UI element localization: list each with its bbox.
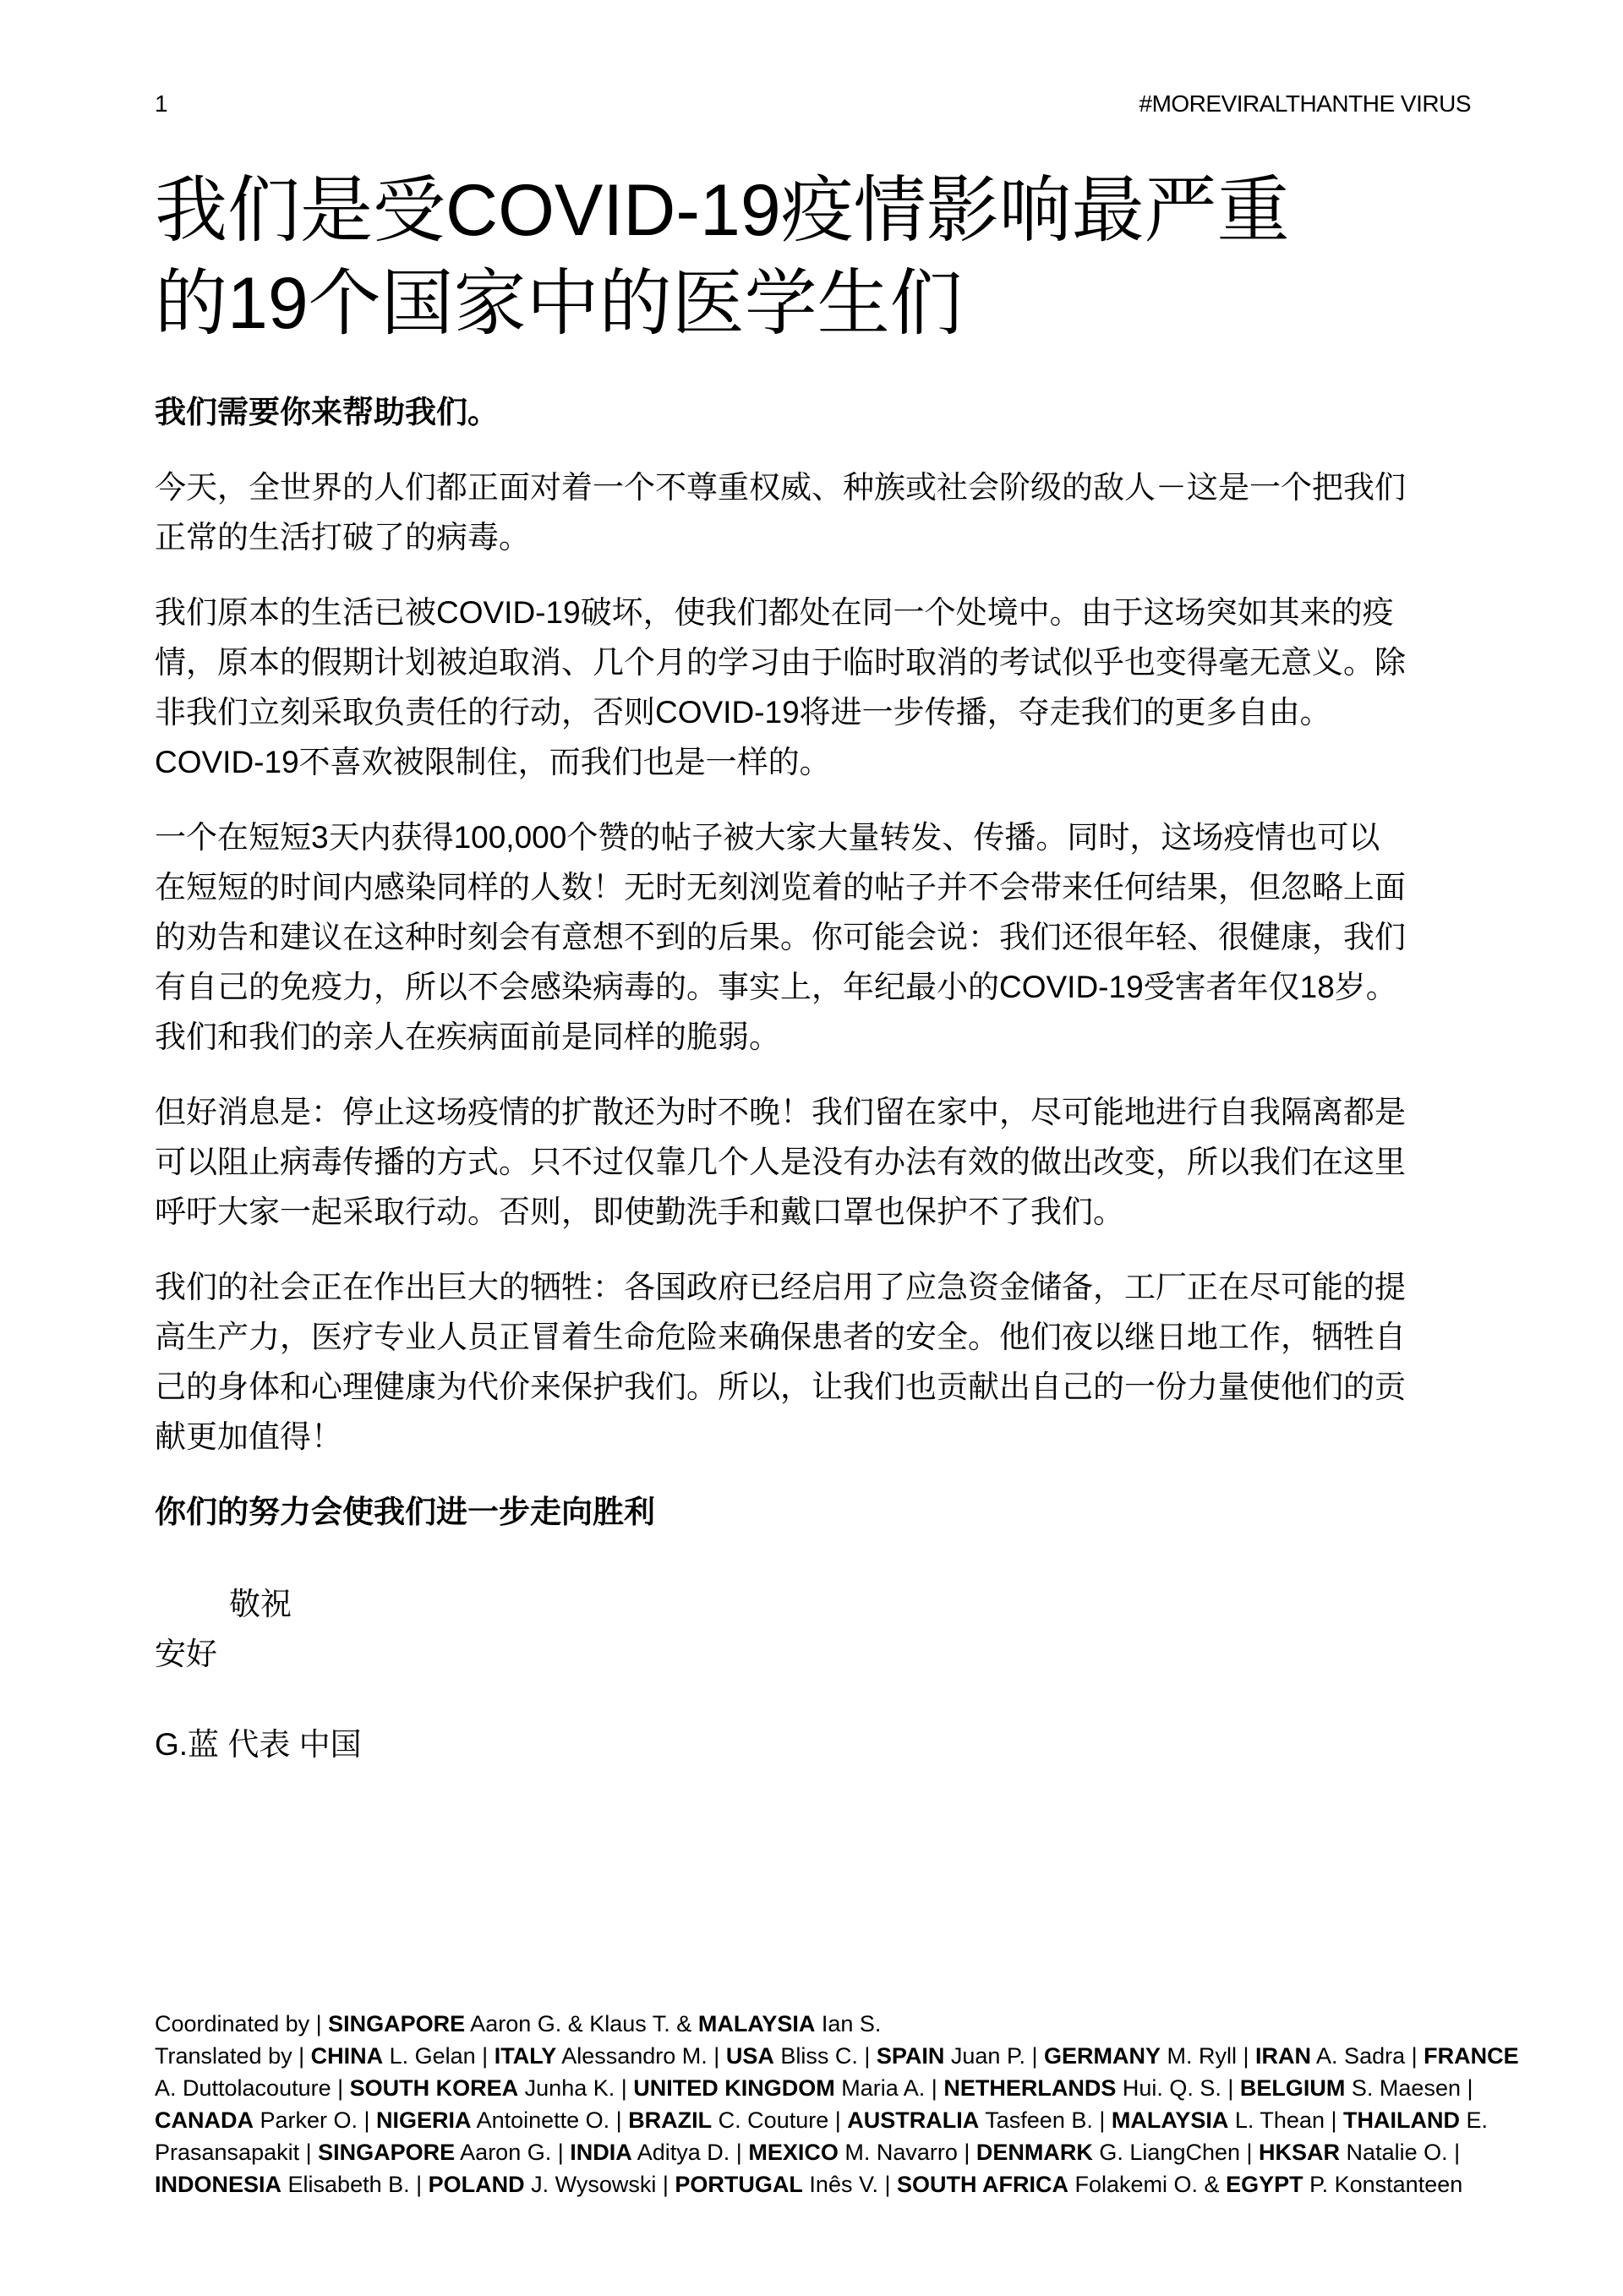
credit-name: Junha K. | [518, 2075, 633, 2101]
credit-name: Elisabeth B. | [281, 2172, 429, 2197]
closing-bold-line: 你们的努力会使我们进一步走向胜利 [155, 1487, 1471, 1537]
letter-page: 1 #MOREVIRALTHANTHE VIRUS 我们是受COVID-19疫情… [0, 0, 1623, 2296]
credit-name: Prasansapakit | [155, 2140, 318, 2165]
credit-name: J. Wysowski | [525, 2172, 675, 2197]
credit-name: Parker O. | [254, 2107, 376, 2133]
credit-country: AUSTRALIA [847, 2107, 979, 2133]
credit-name: Folakemi O. & [1068, 2172, 1226, 2197]
credit-country: CANADA [155, 2107, 254, 2133]
credit-line: INDONESIA Elisabeth B. | POLAND J. Wysow… [155, 2168, 1471, 2200]
credit-country: ITALY [495, 2043, 557, 2069]
page-header: 1 #MOREVIRALTHANTHE VIRUS [155, 0, 1471, 118]
credit-name: A. Duttolacouture | [155, 2075, 350, 2101]
credit-country: BELGIUM [1240, 2075, 1346, 2101]
credit-country: SINGAPORE [328, 2011, 465, 2036]
credit-country: MALAYSIA [1112, 2107, 1229, 2133]
credit-country: INDONESIA [155, 2172, 281, 2197]
credit-name: Maria A. | [835, 2075, 944, 2101]
credit-country: SPAIN [877, 2043, 945, 2069]
credit-country: DENMARK [976, 2140, 1093, 2165]
credit-name: L. Gelan | [383, 2043, 495, 2069]
credit-name: M. Ryll | [1161, 2043, 1255, 2069]
credit-country: NIGERIA [376, 2107, 472, 2133]
credit-name: Translated by | [155, 2043, 311, 2069]
credit-name: Aditya D. | [632, 2140, 749, 2165]
credit-name: Alessandro M. | [556, 2043, 726, 2069]
credit-country: FRANCE [1424, 2043, 1519, 2069]
credit-name: Antoinette O. | [472, 2107, 629, 2133]
paragraph-5: 我们的社会正在作出巨大的牺牲：各国政府已经启用了应急资金储备，工厂正在尽可能的提… [155, 1262, 1471, 1462]
credit-country: THAILAND [1343, 2107, 1460, 2133]
credit-name: G. LiangChen | [1093, 2140, 1259, 2165]
credit-country: MALAYSIA [698, 2011, 816, 2036]
credit-country: CHINA [311, 2043, 384, 2069]
credit-country: SOUTH KOREA [350, 2075, 519, 2101]
credits-section: Coordinated by | SINGAPORE Aaron G. & Kl… [155, 2008, 1471, 2200]
credit-country: POLAND [429, 2172, 525, 2197]
paragraph-3: 一个在短短3天内获得100,000个赞的帖子被大家大量转发、传播。同时，这场疫情… [155, 812, 1471, 1062]
credit-name: Bliss C. | [774, 2043, 877, 2069]
credit-name: Tasfeen B. | [979, 2107, 1112, 2133]
credit-country: GERMANY [1044, 2043, 1161, 2069]
credit-country: SOUTH AFRICA [897, 2172, 1068, 2197]
credit-line: Translated by | CHINA L. Gelan | ITALY A… [155, 2040, 1471, 2072]
credit-country: HKSAR [1259, 2140, 1340, 2165]
credit-line: Prasansapakit | SINGAPORE Aaron G. | IND… [155, 2136, 1471, 2168]
page-number: 1 [155, 90, 167, 118]
credit-name: L. Thean | [1228, 2107, 1343, 2133]
signature: G.蓝 代表 中国 [155, 1719, 1471, 1769]
paragraph-1: 今天，全世界的人们都正面对着一个不尊重权威、种族或社会阶级的敌人－这是一个把我们… [155, 462, 1471, 562]
credit-country: NETHERLANDS [943, 2075, 1116, 2101]
credit-country: IRAN [1255, 2043, 1311, 2069]
credit-name: M. Navarro | [839, 2140, 976, 2165]
credit-name: A. Sadra | [1311, 2043, 1424, 2069]
hashtag: #MOREVIRALTHANTHE VIRUS [1139, 90, 1472, 118]
credit-country: PORTUGAL [675, 2172, 803, 2197]
credit-country: MEXICO [748, 2140, 839, 2165]
credit-country: USA [726, 2043, 774, 2069]
credit-country: EGYPT [1226, 2172, 1303, 2197]
credit-name: Juan P. | [944, 2043, 1044, 2069]
credit-country: SINGAPORE [318, 2140, 455, 2165]
letter-subtitle: 我们需要你来帮助我们。 [155, 387, 1471, 437]
credit-name: Inês V. | [803, 2172, 897, 2197]
page-title: 我们是受COVID-19疫情影响最严重 的19个国家中的医学生们 [155, 164, 1471, 350]
credit-name: E. [1460, 2107, 1488, 2133]
credit-name: Aaron G. | [455, 2140, 570, 2165]
credit-line: A. Duttolacouture | SOUTH KOREA Junha K.… [155, 2072, 1471, 2104]
credit-name: C. Couture | [712, 2107, 847, 2133]
credit-country: UNITED KINGDOM [633, 2075, 835, 2101]
credit-line: CANADA Parker O. | NIGERIA Antoinette O.… [155, 2104, 1471, 2136]
paragraph-4: 但好消息是：停止这场疫情的扩散还为时不晚！我们留在家中，尽可能地进行自我隔离都是… [155, 1087, 1471, 1237]
credit-country: BRAZIL [628, 2107, 712, 2133]
paragraph-2: 我们原本的生活已被COVID-19破坏，使我们都处在同一个处境中。由于这场突如其… [155, 588, 1471, 787]
credit-name: Ian S. [815, 2011, 881, 2036]
credit-line: Coordinated by | SINGAPORE Aaron G. & Kl… [155, 2008, 1471, 2040]
credit-name: S. Maesen | [1345, 2075, 1473, 2101]
credit-name: Aaron G. & Klaus T. & [465, 2011, 698, 2036]
credit-country: INDIA [570, 2140, 632, 2165]
credit-name: Natalie O. | [1340, 2140, 1460, 2165]
credit-name: Coordinated by | [155, 2011, 328, 2036]
salutation: 敬祝 安好 [155, 1579, 1471, 1679]
credit-name: P. Konstanteen [1303, 2172, 1463, 2197]
credit-name: Hui. Q. S. | [1116, 2075, 1240, 2101]
